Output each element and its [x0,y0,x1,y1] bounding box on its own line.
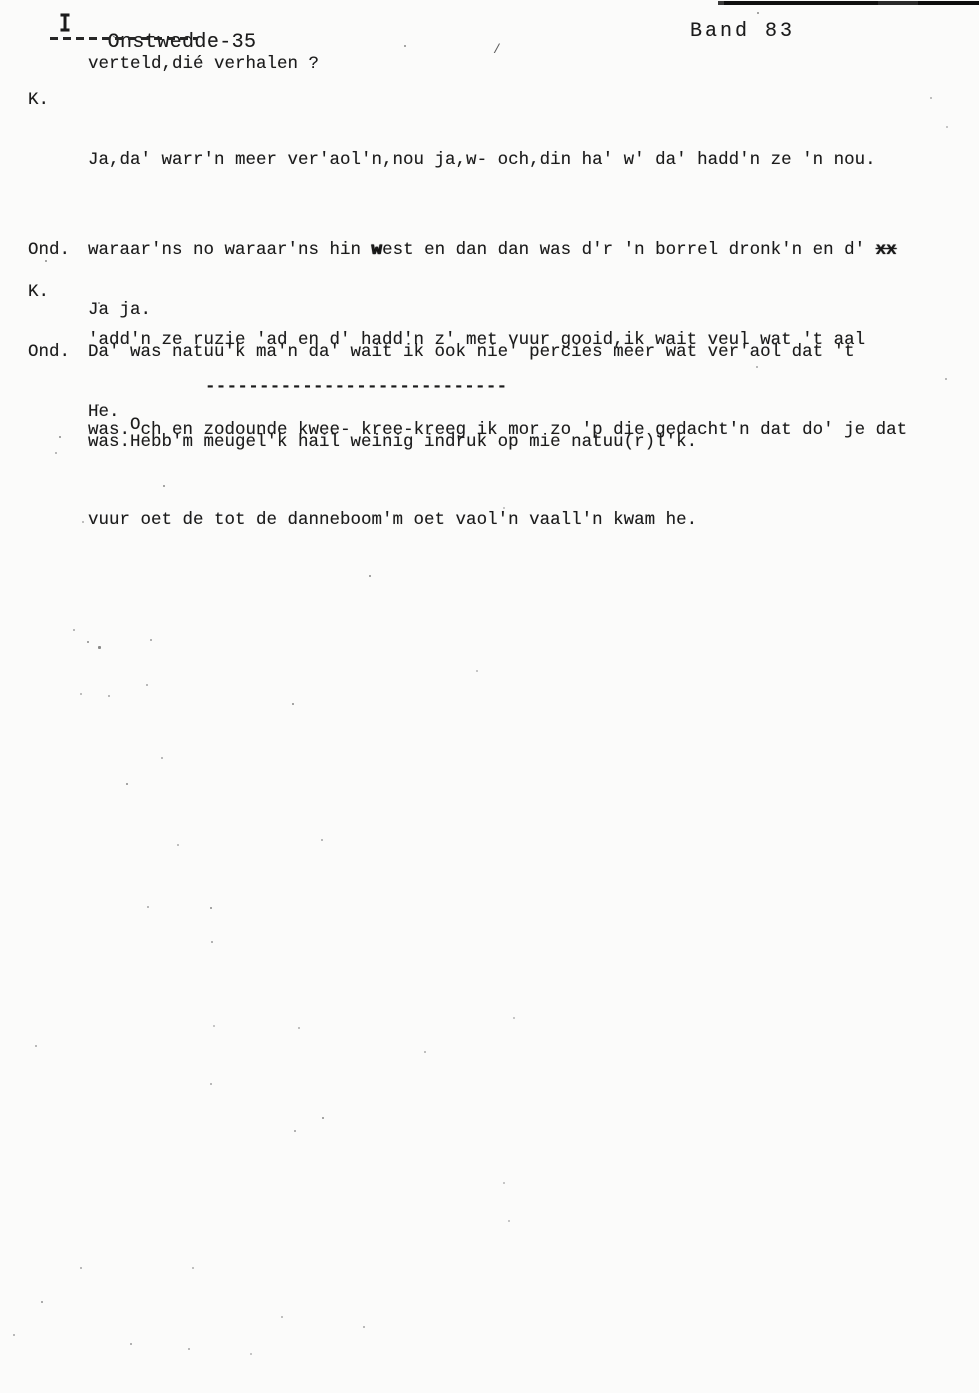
scan-speck [177,844,179,846]
scan-speck [250,1353,252,1355]
scan-speck [41,1301,43,1303]
turn-line: Ja,da' warr'n meer ver'aol'n,nou ja,w- o… [88,145,907,175]
scan-speck [73,629,75,631]
scan-speck [424,1051,426,1053]
overtyped-char: w [372,240,383,260]
scan-speck [35,1045,37,1047]
struck-out-chars: xx [876,240,897,260]
scan-speck [45,260,47,262]
scan-speck [146,684,148,686]
scan-speck [59,436,61,438]
scan-speck [211,941,213,943]
scan-speck [13,1334,15,1336]
speaker-label: Ond. [28,337,88,487]
scan-speck: / [493,42,501,57]
scan-speck [404,45,406,47]
scan-speck [756,366,758,368]
scan-edge-rule [718,1,979,5]
turn-line: was.Hebb'm meugel'k hail weinig indruk o… [88,427,855,457]
turn-line: He. [88,397,151,427]
turn-line: waraar'ns no waraar'ns hin west en dan d… [88,235,907,265]
scan-speck [192,1267,194,1269]
scan-speck [513,1017,515,1019]
scan-speck [213,1025,215,1027]
scan-speck [108,695,110,697]
scan-speck [80,1267,82,1269]
scan-speck [87,641,89,643]
scan-speck [161,757,163,759]
turn-text: He. [88,337,151,487]
dashed-separator: ---------------------------- [205,372,507,402]
scan-speck [281,1316,283,1318]
scan-speck [508,1220,510,1222]
scan-speck [369,575,371,577]
scan-speck [147,906,149,908]
scan-speck [98,646,101,649]
scan-speck [945,378,947,380]
transcript-turn: Ond. He. [28,337,151,487]
scan-speck [503,1182,505,1184]
scan-speck [946,126,948,128]
scan-speck [210,1083,212,1085]
scan-speck [80,693,82,695]
scanned-transcript-page: Onstwedde-35 I Band 83 verteld,dié verha… [0,0,979,1393]
scan-speck [98,302,100,304]
scan-speck [210,907,212,909]
scan-speck [292,703,294,705]
scan-speck [82,521,84,523]
scan-speck [930,97,932,99]
scan-speck [363,1326,365,1328]
turn-line: Da' was natuu'k ma'n da' wait ik ook nie… [88,337,855,367]
scan-speck [476,670,478,672]
scan-speck [294,1130,296,1132]
scan-speck [97,404,99,406]
band-number-label: Band 83 [690,20,795,43]
title-underline [50,37,198,40]
scan-speck [321,839,323,841]
scan-speck [55,452,57,454]
scan-speck [188,1348,190,1350]
scan-speck [150,639,152,641]
scan-speck [322,1117,324,1119]
scan-speck [298,1027,300,1029]
intro-line: verteld,dié verhalen ? [88,49,319,79]
scan-speck: ` [110,34,118,49]
scan-speck [130,1343,132,1345]
scan-speck [163,485,165,487]
scan-speck [757,12,759,14]
scan-speck [126,783,128,785]
scan-speck [503,507,505,509]
